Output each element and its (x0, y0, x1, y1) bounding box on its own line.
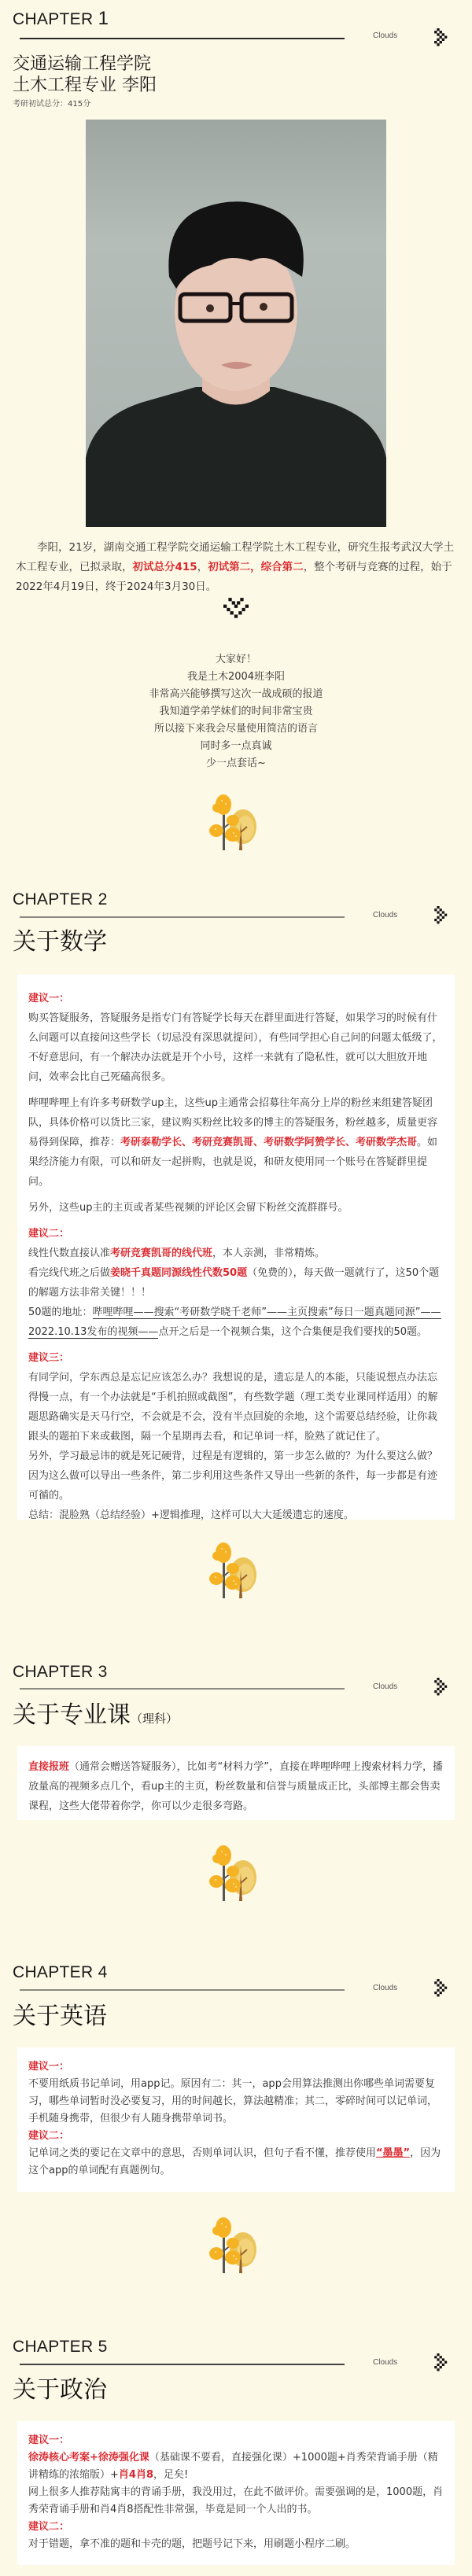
advice-text: 不要用纸质书记单词，用app记。原因有二：其一，app会用算法推测出你哪些单词需… (28, 2076, 444, 2128)
greeting-line: 非常高兴能够撰写这次一战成硕的报道 (79, 686, 393, 703)
advice-text: 哔哩哔哩上有许多考研数学up主，这些up主通常会招募往年高分上岸的粉丝来组建答疑… (28, 1093, 444, 1192)
advice-heading: 建议一： (28, 989, 444, 1008)
exam-score: 考研初试总分：415分 (13, 97, 90, 109)
greeting-line: 我是土木2004班李阳 (79, 669, 393, 686)
english-advice-card: 建议一： 不要用纸质书记单词，用app记。原因有二：其一，app会用算法推测出你… (17, 2047, 455, 2192)
section-title: 关于专业课（理科） (13, 1702, 178, 1728)
advice-text: 50题的地址：哔哩哔哩——搜索“考研数学晓千老师”——主页搜索”每日一题真题同源… (28, 1303, 444, 1342)
clouds-label: Clouds (373, 2358, 397, 2367)
tree-decoration-icon (205, 789, 267, 852)
advice-text: 网上很多人推荐陆寓丰的背诵手册，我没用过，在此不做评价。需要强调的是，1000题… (28, 2484, 444, 2519)
politics-advice-card: 建议一： 徐涛核心考案+徐涛强化课（基础课不要看，直接强化课）+1000题+肖秀… (17, 2421, 455, 2565)
advice-text: 另外，学习最忌讳的就是死记硬背，过程是有逻辑的，第一步怎么做的？为什么要这么做？… (28, 1446, 444, 1505)
advice-heading: 建议二： (28, 2128, 444, 2145)
greeting-line: 大家好！ (79, 651, 393, 669)
advice-text: 购买答疑服务，答疑服务是指专门有答疑学长每天在群里面进行答疑，如果学习的时候有什… (28, 1008, 444, 1087)
section-title: 关于政治 (13, 2377, 107, 2403)
momo-app-link[interactable]: “墨墨” (376, 2147, 410, 2159)
chapter-divider (20, 2364, 345, 2365)
recommended-tutors: 考研泰勒学长、考研竞赛凯哥、考研数学阿赞学长、考研数学杰哥 (120, 1137, 417, 1148)
math-advice-card: 建议一： 购买答疑服务，答疑服务是指专门有答疑学长每天在群里面进行答疑，如果学习… (17, 975, 455, 1520)
advice-text: 直接报班（通常会赠送答疑服务），比如考“材料力学”，直接在哔哩哔哩上搜索材料力学… (28, 1757, 444, 1816)
advice-heading: 建议一： (28, 2432, 444, 2449)
chevron-right-icon (430, 906, 453, 925)
chapter-divider (20, 1688, 345, 1690)
chevron-right-icon (430, 1979, 453, 1998)
chapter-label: CHAPTER 2 (13, 890, 108, 909)
advice-text: 线性代数直接认准考研竞赛凯哥的线代班，本人亲测，非常精炼。 (28, 1244, 444, 1263)
greeting-line: 同时多一点真诚 (79, 738, 393, 755)
chevron-right-icon (430, 2353, 453, 2372)
tree-decoration-icon (205, 1840, 267, 1903)
chapter-label: CHAPTER 1 (13, 8, 109, 30)
advice-text: 徐涛核心考案+徐涛强化课（基础课不要看，直接强化课）+1000题+肖秀荣背诵手册… (28, 2449, 444, 2484)
clouds-label: Clouds (373, 31, 397, 40)
ranking-highlight: 初试第二，综合第二 (208, 561, 304, 573)
advice-text: 记单词之类的要记在文章中的意思，否则单词认识，但句子看不懂，推荐使用“墨墨”，因… (28, 2145, 444, 2180)
advice-heading: 建议一： (28, 2058, 444, 2076)
section-title: 关于英语 (13, 2003, 107, 2029)
college-name: 交通运输工程学院 (13, 53, 157, 75)
portrait-photo (86, 120, 386, 527)
clouds-label: Clouds (373, 911, 397, 919)
total-score-highlight: 初试总分415 (133, 561, 197, 573)
greeting-message: 大家好！ 我是土木2004班李阳 非常高兴能够撰写这次一战成硕的报道 我知道学弟… (79, 651, 393, 772)
advice-text: 有同学问，学东西总是忘记应该怎么办？我想说的是，遗忘是人的本能，只能说想点办法忘… (28, 1368, 444, 1446)
intro-paragraph: 李阳，21岁，湖南交通工程学院交通运输工程学院土木工程专业，研究生报考武汉大学土… (16, 538, 456, 597)
chapter-label: CHAPTER 5 (13, 2338, 108, 2357)
advice-text: 对于错题，拿不准的题和卡壳的题，把题号记下来，用刷题小程序二刷。 (28, 2536, 444, 2553)
clouds-label: Clouds (373, 1984, 397, 1992)
major-and-name: 土木工程专业 李阳 (13, 75, 157, 96)
chapter-header: CHAPTER 1 Clouds (0, 8, 472, 55)
tree-decoration-icon (205, 2212, 267, 2275)
chapter-divider (20, 916, 345, 918)
greeting-line: 少一点套话~ (79, 755, 393, 772)
advice-heading: 建议二： (28, 2519, 444, 2536)
chapter-label: CHAPTER 3 (13, 1663, 108, 1682)
advice-text: 看完线代班之后做姜晓千真题同源线性代数50题（免费的），每天做一题就行了，这50… (28, 1263, 444, 1303)
clouds-label: Clouds (373, 1682, 397, 1691)
chapter-divider (20, 1989, 345, 1991)
chapter-label: CHAPTER 4 (13, 1963, 108, 1982)
article-page: CHAPTER 1 Clouds 交通运输工程学院 土木工程专业 李阳 考研初试… (0, 0, 472, 2576)
advice-text: 另外，这些up主的主页或者某些视频的评论区会留下粉丝交流群群号。 (28, 1198, 444, 1218)
profile-title: 交通运输工程学院 土木工程专业 李阳 (13, 53, 157, 96)
advice-heading: 建议三： (28, 1348, 444, 1368)
chevron-down-icon (223, 598, 249, 621)
advice-heading: 建议二： (28, 1224, 444, 1244)
major-course-advice-card: 直接报班（通常会赠送答疑服务），比如考“材料力学”，直接在哔哩哔哩上搜索材料力学… (17, 1746, 455, 1820)
tree-decoration-icon (205, 1537, 267, 1600)
greeting-line: 我知道学弟学妹们的时间非常宝贵 (79, 703, 393, 720)
section-title: 关于数学 (13, 929, 107, 955)
chevron-right-icon (430, 28, 453, 47)
chapter-divider (20, 38, 345, 39)
chevron-right-icon (430, 1678, 453, 1697)
advice-text: 总结：混脸熟（总结经验）+逻辑推理，这样可以大大延缓遗忘的速度。 (28, 1505, 444, 1525)
greeting-line: 所以接下来我会尽量使用简洁的语言 (79, 720, 393, 738)
